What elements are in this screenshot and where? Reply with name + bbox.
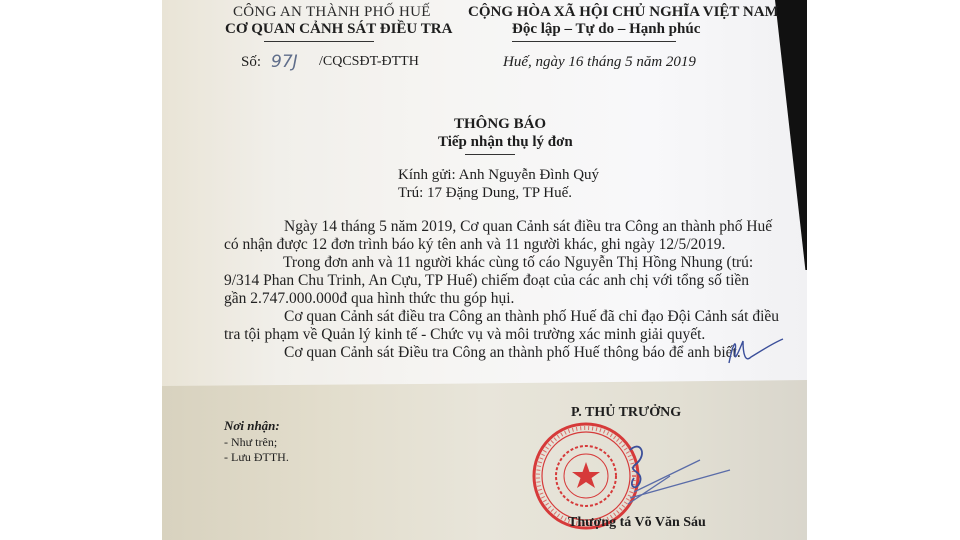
body-line: Ngày 14 tháng 5 năm 2019, Cơ quan Cảnh s… xyxy=(284,218,772,236)
recipient-address: Trú: 17 Đặng Dung, TP Huế. xyxy=(398,185,572,202)
national-title: CỘNG HÒA XÃ HỘI CHỦ NGHĨA VIỆT NAM xyxy=(468,4,779,21)
issuer-line-1: CÔNG AN THÀNH PHỐ HUẾ xyxy=(233,4,431,21)
recipient-name: Kính gửi: Anh Nguyễn Đình Quý xyxy=(398,167,599,184)
doc-number-handwritten: 97J xyxy=(271,52,298,72)
body-line: tra tội phạm về Quản lý kinh tế - Chức v… xyxy=(224,326,705,344)
doc-number-label: Số: xyxy=(241,54,261,71)
body-line: Trong đơn anh và 11 người khác cùng tố c… xyxy=(283,254,753,272)
recipients-item: - Lưu ĐTTH. xyxy=(224,450,289,465)
motto-underline xyxy=(512,41,676,42)
body-line: 9/314 Phan Chu Trinh, An Cựu, TP Huế) ch… xyxy=(224,272,749,290)
handwritten-signature-icon xyxy=(600,440,740,520)
issuer-line-2: CƠ QUAN CẢNH SÁT ĐIỀU TRA xyxy=(225,21,452,38)
recipients-item: - Như trên; xyxy=(224,435,277,450)
body-line: gần 2.747.000.000đ qua hình thức thu góp… xyxy=(224,290,514,308)
body-line: Cơ quan Cảnh sát điều tra Công an thành … xyxy=(284,308,779,326)
document-title: THÔNG BÁO xyxy=(454,116,546,133)
national-motto: Độc lập – Tự do – Hạnh phúc xyxy=(512,21,700,38)
body-line: Cơ quan Cảnh sát Điều tra Công an thành … xyxy=(284,344,741,362)
signer-name: Thượng tá Võ Văn Sáu xyxy=(568,515,706,531)
title-underline xyxy=(465,154,515,155)
issuer-underline xyxy=(264,41,374,42)
recipients-title: Nơi nhận: xyxy=(224,418,280,434)
body-line: có nhận được 12 đơn trình báo ký tên anh… xyxy=(224,236,725,254)
document-date: Huế, ngày 16 tháng 5 năm 2019 xyxy=(503,54,696,71)
doc-number-code: /CQCSĐT-ĐTTH xyxy=(319,54,419,70)
signer-title: P. THỦ TRƯỞNG xyxy=(571,405,681,421)
initial-signature-icon xyxy=(725,333,785,373)
document-subtitle: Tiếp nhận thụ lý đơn xyxy=(438,134,573,151)
